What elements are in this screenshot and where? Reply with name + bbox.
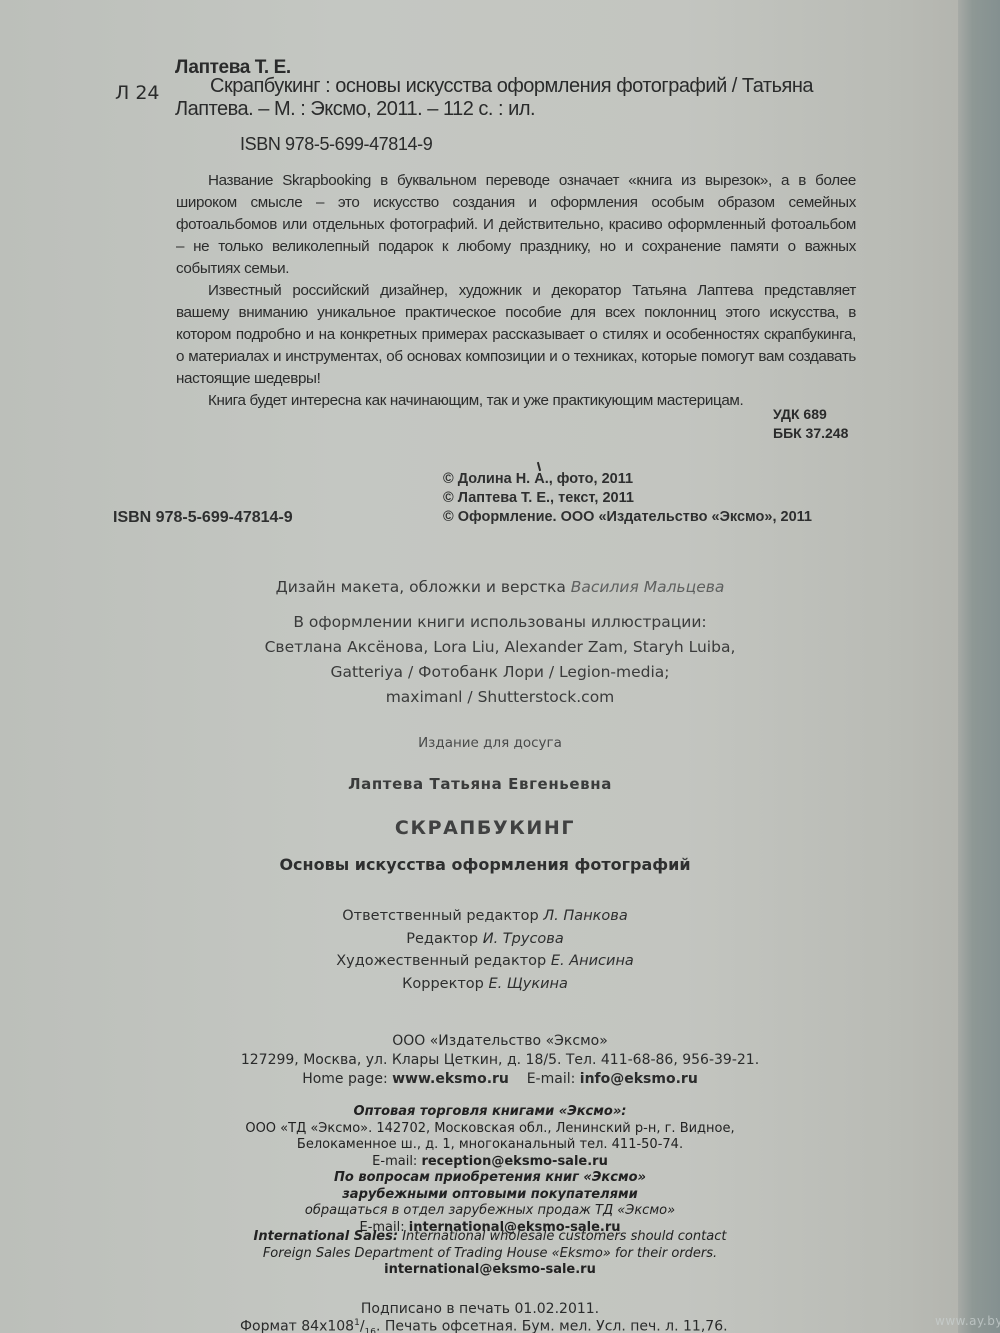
publisher-address: 127299, Москва, ул. Клары Цеткин, д. 18/… <box>170 1051 830 1070</box>
wholesale-email-row: E-mail: reception@eksmo-sale.ru <box>160 1154 820 1171</box>
annotation: Название Skrapbooking в буквальном перев… <box>176 170 856 412</box>
foreign-buyers-info: По вопросам приобретения книг «Эксмо» за… <box>160 1170 820 1236</box>
bibliographic-line-1: Скрапбукинг : основы искусства оформлени… <box>210 75 813 98</box>
annotation-paragraph: Книга будет интересна как начинающим, та… <box>176 390 856 412</box>
illustrations-label: В оформлении книги использованы иллюстра… <box>180 610 820 635</box>
staff-role: Редактор <box>406 931 478 947</box>
isbn-main: ISBN 978-5-699-47814-9 <box>113 509 293 527</box>
staff-role: Корректор <box>402 976 484 992</box>
bibliographic-isbn: ISBN 978-5-699-47814-9 <box>240 134 432 155</box>
foreign-heading: зарубежными оптовыми покупателями <box>160 1187 820 1204</box>
publisher-name: ООО «Издательство «Эксмо» <box>170 1032 830 1051</box>
watermark: www.ay.by <box>935 1314 1000 1328</box>
wholesale-info: Оптовая торговля книгами «Эксмо»: ООО «Т… <box>160 1104 820 1170</box>
book-subtitle: Основы искусства оформления фотографий <box>165 855 805 874</box>
publisher-info: ООО «Издательство «Эксмо» 127299, Москва… <box>170 1032 830 1089</box>
foreign-line: обращаться в отдел зарубежных продаж ТД … <box>160 1203 820 1220</box>
format-sup: 1 <box>354 1318 360 1328</box>
homepage-label: Home page: <box>302 1071 387 1087</box>
design-credit-label: Дизайн макета, обложки и верстка <box>276 578 566 596</box>
staff-role: Ответственный редактор <box>342 908 538 924</box>
staff-row: Корректор Е. Щукина <box>165 973 805 996</box>
format-prefix: Формат 84x108 <box>240 1319 354 1333</box>
copyright-photo: © Долина Н. А., фото, 2011 <box>443 470 812 489</box>
annotation-paragraph: Известный российский дизайнер, художник … <box>176 280 856 390</box>
classification-code: Л 24 <box>115 82 160 104</box>
copyright-text: © Лаптева Т. Е., текст, 2011 <box>443 489 812 508</box>
edition-type: Издание для досуга <box>210 735 770 751</box>
copyright-notices: © Долина Н. А., фото, 2011 © Лаптева Т. … <box>443 470 812 527</box>
illustrations-line: maximanl / Shutterstock.com <box>180 685 820 710</box>
wholesale-heading: Оптовая торговля книгами «Эксмо»: <box>160 1104 820 1121</box>
illustrations-line: Светлана Аксёнова, Lora Liu, Alexander Z… <box>180 635 820 660</box>
staff-name: И. Трусова <box>483 931 564 947</box>
signed-for-print: Подписано в печать 01.02.2011. <box>160 1300 800 1319</box>
design-credit: Дизайн макета, обложки и верстка Василия… <box>180 578 820 596</box>
wholesale-line: Белокаменное ш., д. 1, многоканальный те… <box>160 1137 820 1154</box>
intl-email[interactable]: international@eksmo-sale.ru <box>150 1262 830 1279</box>
staff-name: Е. Анисина <box>551 953 634 969</box>
classification-indices: УДК 689 ББК 37.248 <box>773 405 848 443</box>
intl-text: International wholesale customers should… <box>402 1229 726 1244</box>
author-full-name: Лаптева Татьяна Евгеньевна <box>160 775 800 793</box>
staff-row: Редактор И. Трусова <box>165 928 805 951</box>
foreign-heading: По вопросам приобретения книг «Эксмо» <box>160 1170 820 1187</box>
illustrations-line: Gatteriya / Фотобанк Лори / Legion-media… <box>180 660 820 685</box>
editorial-staff: Ответственный редактор Л. Панкова Редакт… <box>165 905 805 995</box>
copyright-design: © Оформление. ООО «Издательство «Эксмо»,… <box>443 508 812 527</box>
staff-row: Ответственный редактор Л. Панкова <box>165 905 805 928</box>
homepage-link[interactable]: www.eksmo.ru <box>392 1071 509 1087</box>
annotation-paragraph: Название Skrapbooking в буквальном перев… <box>176 170 856 280</box>
staff-name: Е. Щукина <box>489 976 568 992</box>
illustrations-credit: В оформлении книги использованы иллюстра… <box>180 610 820 710</box>
email-label: E-mail: <box>527 1071 576 1087</box>
udk-code: УДК 689 <box>773 405 848 424</box>
book-title: СКРАПБУКИНГ <box>165 817 805 839</box>
book-edge-shadow <box>958 0 1000 1333</box>
design-credit-name: Василия Мальцева <box>571 578 725 596</box>
wholesale-line: ООО «ТД «Эксмо». 142702, Московская обл.… <box>160 1121 820 1138</box>
wholesale-email[interactable]: reception@eksmo-sale.ru <box>421 1154 607 1169</box>
bbk-code: ББК 37.248 <box>773 424 848 443</box>
international-sales-info: International Sales: International whole… <box>150 1229 830 1279</box>
bibliographic-line-2: Лаптева. – М. : Эксмо, 2011. – 112 с. : … <box>175 98 535 121</box>
format-rest: . Печать офсетная. Бум. мел. Усл. печ. л… <box>376 1319 728 1333</box>
publisher-email[interactable]: info@eksmo.ru <box>580 1071 698 1087</box>
intl-line: Foreign Sales Department of Trading Hous… <box>150 1246 830 1263</box>
print-format: Формат 84x1081/16. Печать офсетная. Бум.… <box>240 1318 728 1333</box>
intl-line: International Sales: International whole… <box>150 1229 830 1246</box>
staff-row: Художественный редактор Е. Анисина <box>165 950 805 973</box>
staff-role: Художественный редактор <box>336 953 546 969</box>
publisher-contacts: Home page: www.eksmo.ru E-mail: info@eks… <box>170 1070 830 1089</box>
email-label: E-mail: <box>372 1154 417 1169</box>
format-sub: 16 <box>365 1327 376 1333</box>
staff-name: Л. Панкова <box>543 908 627 924</box>
intl-label: International Sales: <box>254 1229 399 1244</box>
